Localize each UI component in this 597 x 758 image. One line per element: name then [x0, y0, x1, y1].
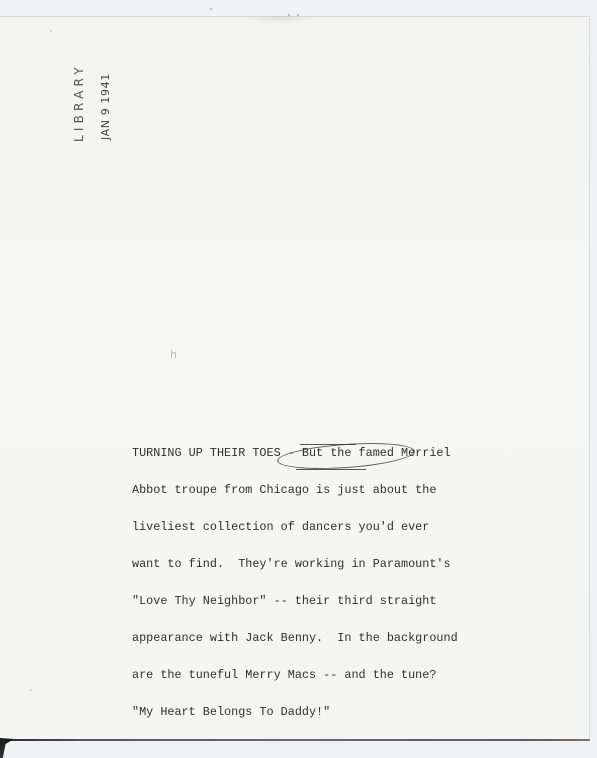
pen-underline-annotation	[296, 469, 366, 470]
dust-speck	[297, 14, 299, 16]
caption-line: "Love Thy Neighbor" -- their third strai…	[132, 595, 458, 607]
stamp-date: JAN 9 1941	[99, 73, 112, 140]
caption-line: Abbot troupe from Chicago is just about …	[132, 484, 458, 496]
pencil-mark: h	[170, 348, 177, 361]
library-date-stamp: LIBRARY JAN 9 1941	[66, 48, 126, 148]
caption-line: want to find. They're working in Paramou…	[132, 558, 458, 570]
paper-bottom-edge	[0, 739, 590, 741]
photo-caption: TURNING UP THEIR TOES - But the famed Me…	[132, 422, 458, 731]
caption-line: are the tuneful Merry Macs -- and the tu…	[132, 669, 458, 681]
dust-speck	[30, 689, 32, 691]
caption-line: "My Heart Belongs To Daddy!"	[132, 706, 458, 718]
dust-speck	[210, 8, 212, 10]
caption-line: liveliest collection of dancers you'd ev…	[132, 521, 458, 533]
pen-underline-annotation	[300, 444, 356, 445]
corner-shadow	[0, 738, 14, 758]
dust-speck	[288, 14, 290, 16]
stamp-library-label: LIBRARY	[72, 63, 86, 142]
dust-speck	[50, 30, 52, 32]
caption-line: appearance with Jack Benny. In the backg…	[132, 632, 458, 644]
paper-crease	[240, 16, 320, 24]
